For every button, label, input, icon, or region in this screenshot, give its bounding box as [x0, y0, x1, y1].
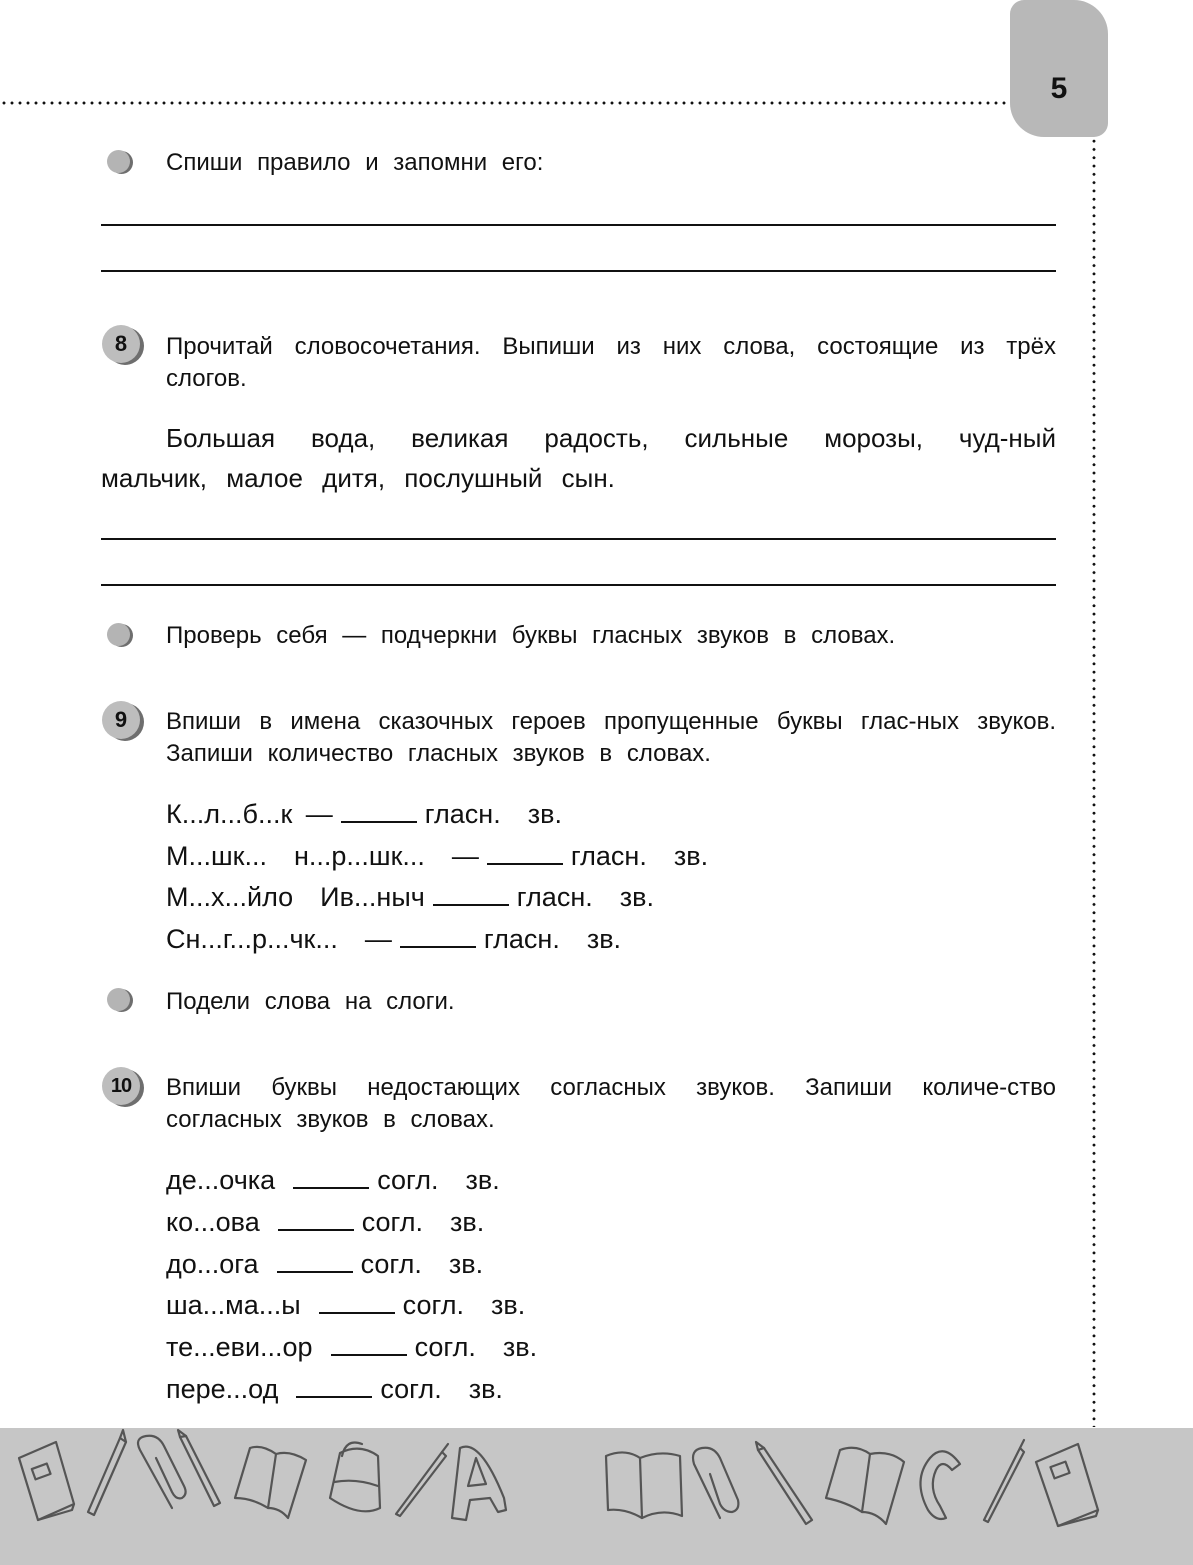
- bullet-marker: [107, 623, 130, 646]
- pen-icon: [396, 1444, 448, 1516]
- notebook-icon: [1036, 1444, 1098, 1526]
- top-dotted-border: [0, 101, 1010, 105]
- bullet-marker: [107, 988, 130, 1011]
- task9-instruction: Впиши в имена сказочных героев пропущенн…: [166, 706, 1056, 770]
- task10-item: пере...одсогл. зв.: [166, 1371, 503, 1407]
- item-suffix: согл. зв.: [362, 1207, 485, 1237]
- task10-item: ша...ма...ысогл. зв.: [166, 1287, 525, 1323]
- rule-copy-instruction: Спиши правило и запомни его:: [166, 147, 1056, 179]
- answer-blank[interactable]: [278, 1207, 354, 1231]
- word-with-gaps: пере...од: [166, 1374, 278, 1404]
- task8-instruction: Прочитай словосочетания. Выпиши из них с…: [166, 331, 1056, 395]
- writing-line[interactable]: [101, 270, 1056, 272]
- task9-item: М...х...йло Ив...нычгласн. зв.: [166, 879, 654, 915]
- word-with-gaps: М...шк... н...р...шк... —: [166, 841, 479, 871]
- word-with-gaps: те...еви...ор: [166, 1332, 313, 1362]
- backpack-icon: [330, 1443, 380, 1512]
- answer-blank[interactable]: [487, 841, 563, 865]
- page-number-tab: 5: [1010, 0, 1108, 137]
- item-suffix: согл. зв.: [377, 1165, 500, 1195]
- task10-instruction: Впиши буквы недостающих согласных звуков…: [166, 1072, 1056, 1136]
- answer-blank[interactable]: [341, 799, 417, 823]
- task9-item: Сн...г...р...чк... —гласн. зв.: [166, 921, 621, 957]
- pen-icon: [984, 1440, 1024, 1522]
- open-book-icon: [235, 1447, 306, 1518]
- writing-line[interactable]: [101, 224, 1056, 226]
- bullet-marker: [107, 150, 130, 173]
- answer-blank[interactable]: [277, 1249, 353, 1273]
- task-number-badge: 8: [102, 325, 140, 363]
- item-suffix: гласн. зв.: [425, 799, 562, 829]
- self-check-instruction: Проверь себя — подчеркни буквы гласных з…: [166, 620, 1056, 652]
- open-book-icon: [826, 1448, 904, 1524]
- answer-blank[interactable]: [293, 1165, 369, 1189]
- letter-c-icon: [920, 1451, 960, 1519]
- item-suffix: гласн. зв.: [517, 882, 654, 912]
- item-suffix: согл. зв.: [380, 1374, 503, 1404]
- paperclip-icon: [693, 1448, 738, 1518]
- pencil-icon: [756, 1442, 812, 1524]
- answer-blank[interactable]: [331, 1332, 407, 1356]
- letter-a-icon: [452, 1447, 506, 1520]
- item-suffix: согл. зв.: [415, 1332, 538, 1362]
- pencil-icon: [88, 1430, 126, 1515]
- answer-blank[interactable]: [319, 1290, 395, 1314]
- word-with-gaps: ко...ова: [166, 1207, 260, 1237]
- page-number: 5: [1051, 72, 1068, 106]
- task10-item: до...огасогл. зв.: [166, 1246, 483, 1282]
- word-with-gaps: до...ога: [166, 1249, 259, 1279]
- answer-blank[interactable]: [296, 1374, 372, 1398]
- word-with-gaps: К...л...б...к —: [166, 799, 333, 829]
- word-with-gaps: ша...ма...ы: [166, 1290, 301, 1320]
- answer-blank[interactable]: [400, 924, 476, 948]
- task-number-badge: 9: [102, 701, 140, 739]
- word-with-gaps: де...очка: [166, 1165, 275, 1195]
- task10-item: де...очкасогл. зв.: [166, 1162, 500, 1198]
- task10-item: ко...овасогл. зв.: [166, 1204, 484, 1240]
- word-with-gaps: Сн...г...р...чк... —: [166, 924, 392, 954]
- task9-item: К...л...б...к —гласн. зв.: [166, 796, 562, 832]
- paperclip-icon: [138, 1436, 186, 1508]
- task8-passage: Большая вода, великая радость, сильные м…: [101, 418, 1056, 498]
- open-book-icon: [606, 1452, 682, 1518]
- item-suffix: согл. зв.: [403, 1290, 526, 1320]
- answer-blank[interactable]: [433, 882, 509, 906]
- task-number-badge: 10: [102, 1067, 140, 1105]
- task9-item: М...шк... н...р...шк... —гласн. зв.: [166, 838, 708, 874]
- notebook-icon: [19, 1442, 74, 1520]
- word-with-gaps: М...х...йло Ив...ныч: [166, 882, 425, 912]
- writing-line[interactable]: [101, 584, 1056, 586]
- writing-line[interactable]: [101, 538, 1056, 540]
- footer-decoration-band: [0, 1428, 1193, 1565]
- syllables-instruction: Подели слова на слоги.: [166, 986, 1056, 1018]
- right-dotted-border: [1092, 137, 1096, 1427]
- item-suffix: гласн. зв.: [484, 924, 621, 954]
- item-suffix: согл. зв.: [361, 1249, 484, 1279]
- task10-item: те...еви...орсогл. зв.: [166, 1329, 537, 1365]
- item-suffix: гласн. зв.: [571, 841, 708, 871]
